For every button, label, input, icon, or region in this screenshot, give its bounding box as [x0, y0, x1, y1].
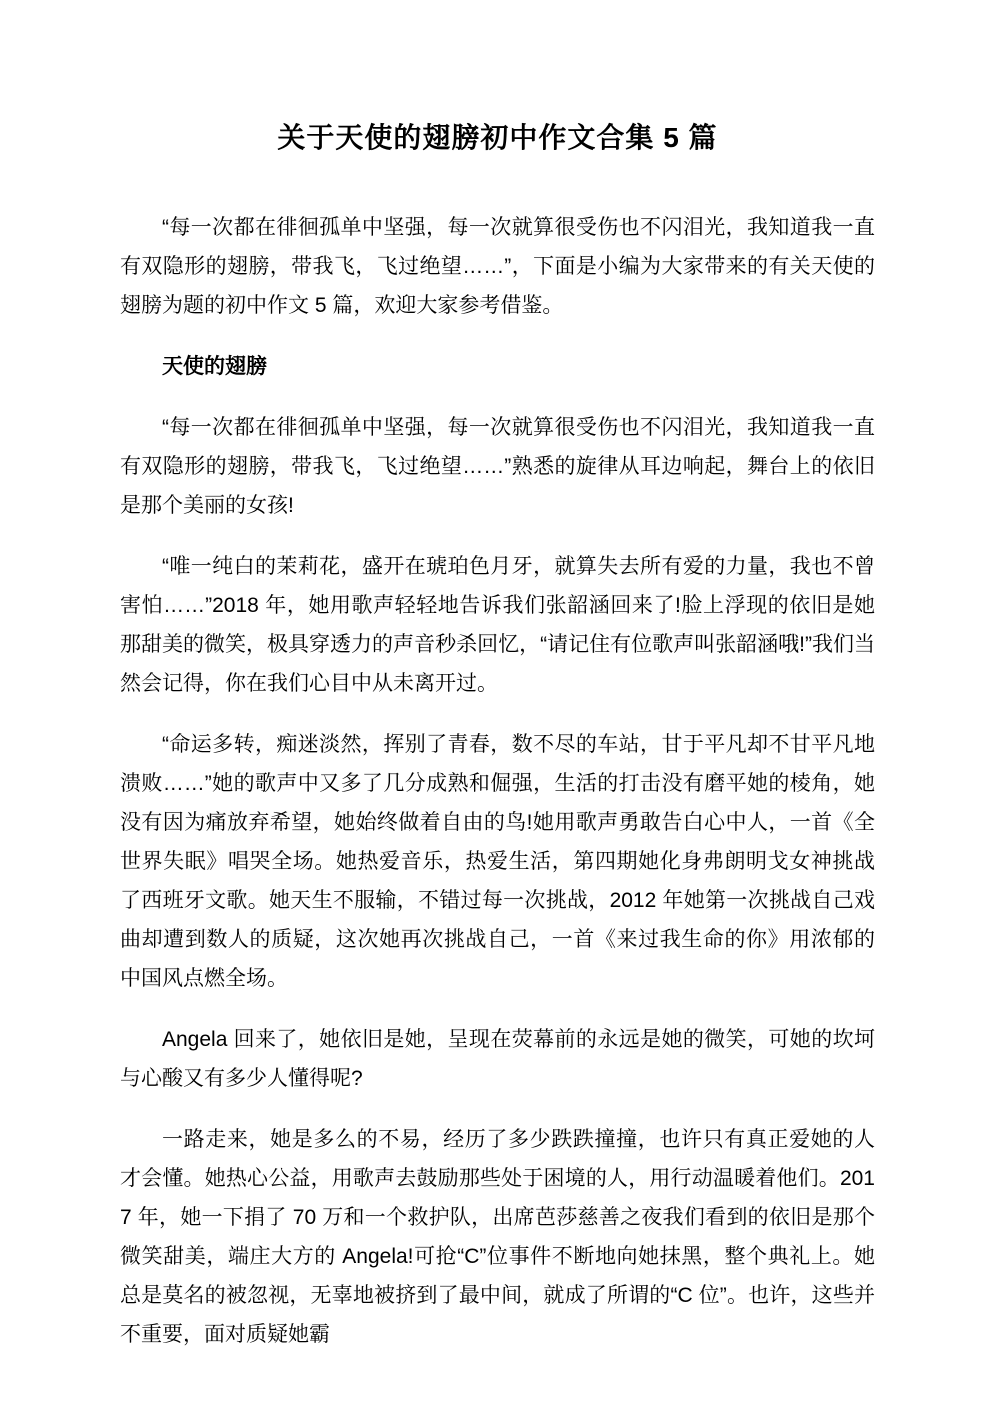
document-title: 关于天使的翅膀初中作文合集 5 篇 [120, 120, 875, 156]
document-content: 关于天使的翅膀初中作文合集 5 篇 “每一次都在徘徊孤单中坚强，每一次就算很受伤… [0, 0, 993, 1354]
section-heading: 天使的翅膀 [120, 347, 875, 386]
body-paragraph: 一路走来，她是多么的不易，经历了多少跌跌撞撞，也许只有真正爱她的人才会懂。她热心… [120, 1120, 875, 1354]
body-paragraph: “命运多转，痴迷淡然，挥别了青春，数不尽的车站，甘于平凡却不甘平凡地溃败……”她… [120, 725, 875, 998]
document-page: 关于天使的翅膀初中作文合集 5 篇 “每一次都在徘徊孤单中坚强，每一次就算很受伤… [0, 0, 993, 1404]
body-paragraph: “每一次都在徘徊孤单中坚强，每一次就算很受伤也不闪泪光，我知道我一直有双隐形的翅… [120, 408, 875, 525]
body-paragraph: “唯一纯白的茉莉花，盛开在琥珀色月牙，就算失去所有爱的力量，我也不曾害怕……”2… [120, 547, 875, 703]
intro-paragraph: “每一次都在徘徊孤单中坚强，每一次就算很受伤也不闪泪光，我知道我一直有双隐形的翅… [120, 208, 875, 325]
body-paragraph: Angela 回来了，她依旧是她，呈现在荧幕前的永远是她的微笑，可她的坎坷与心酸… [120, 1020, 875, 1098]
